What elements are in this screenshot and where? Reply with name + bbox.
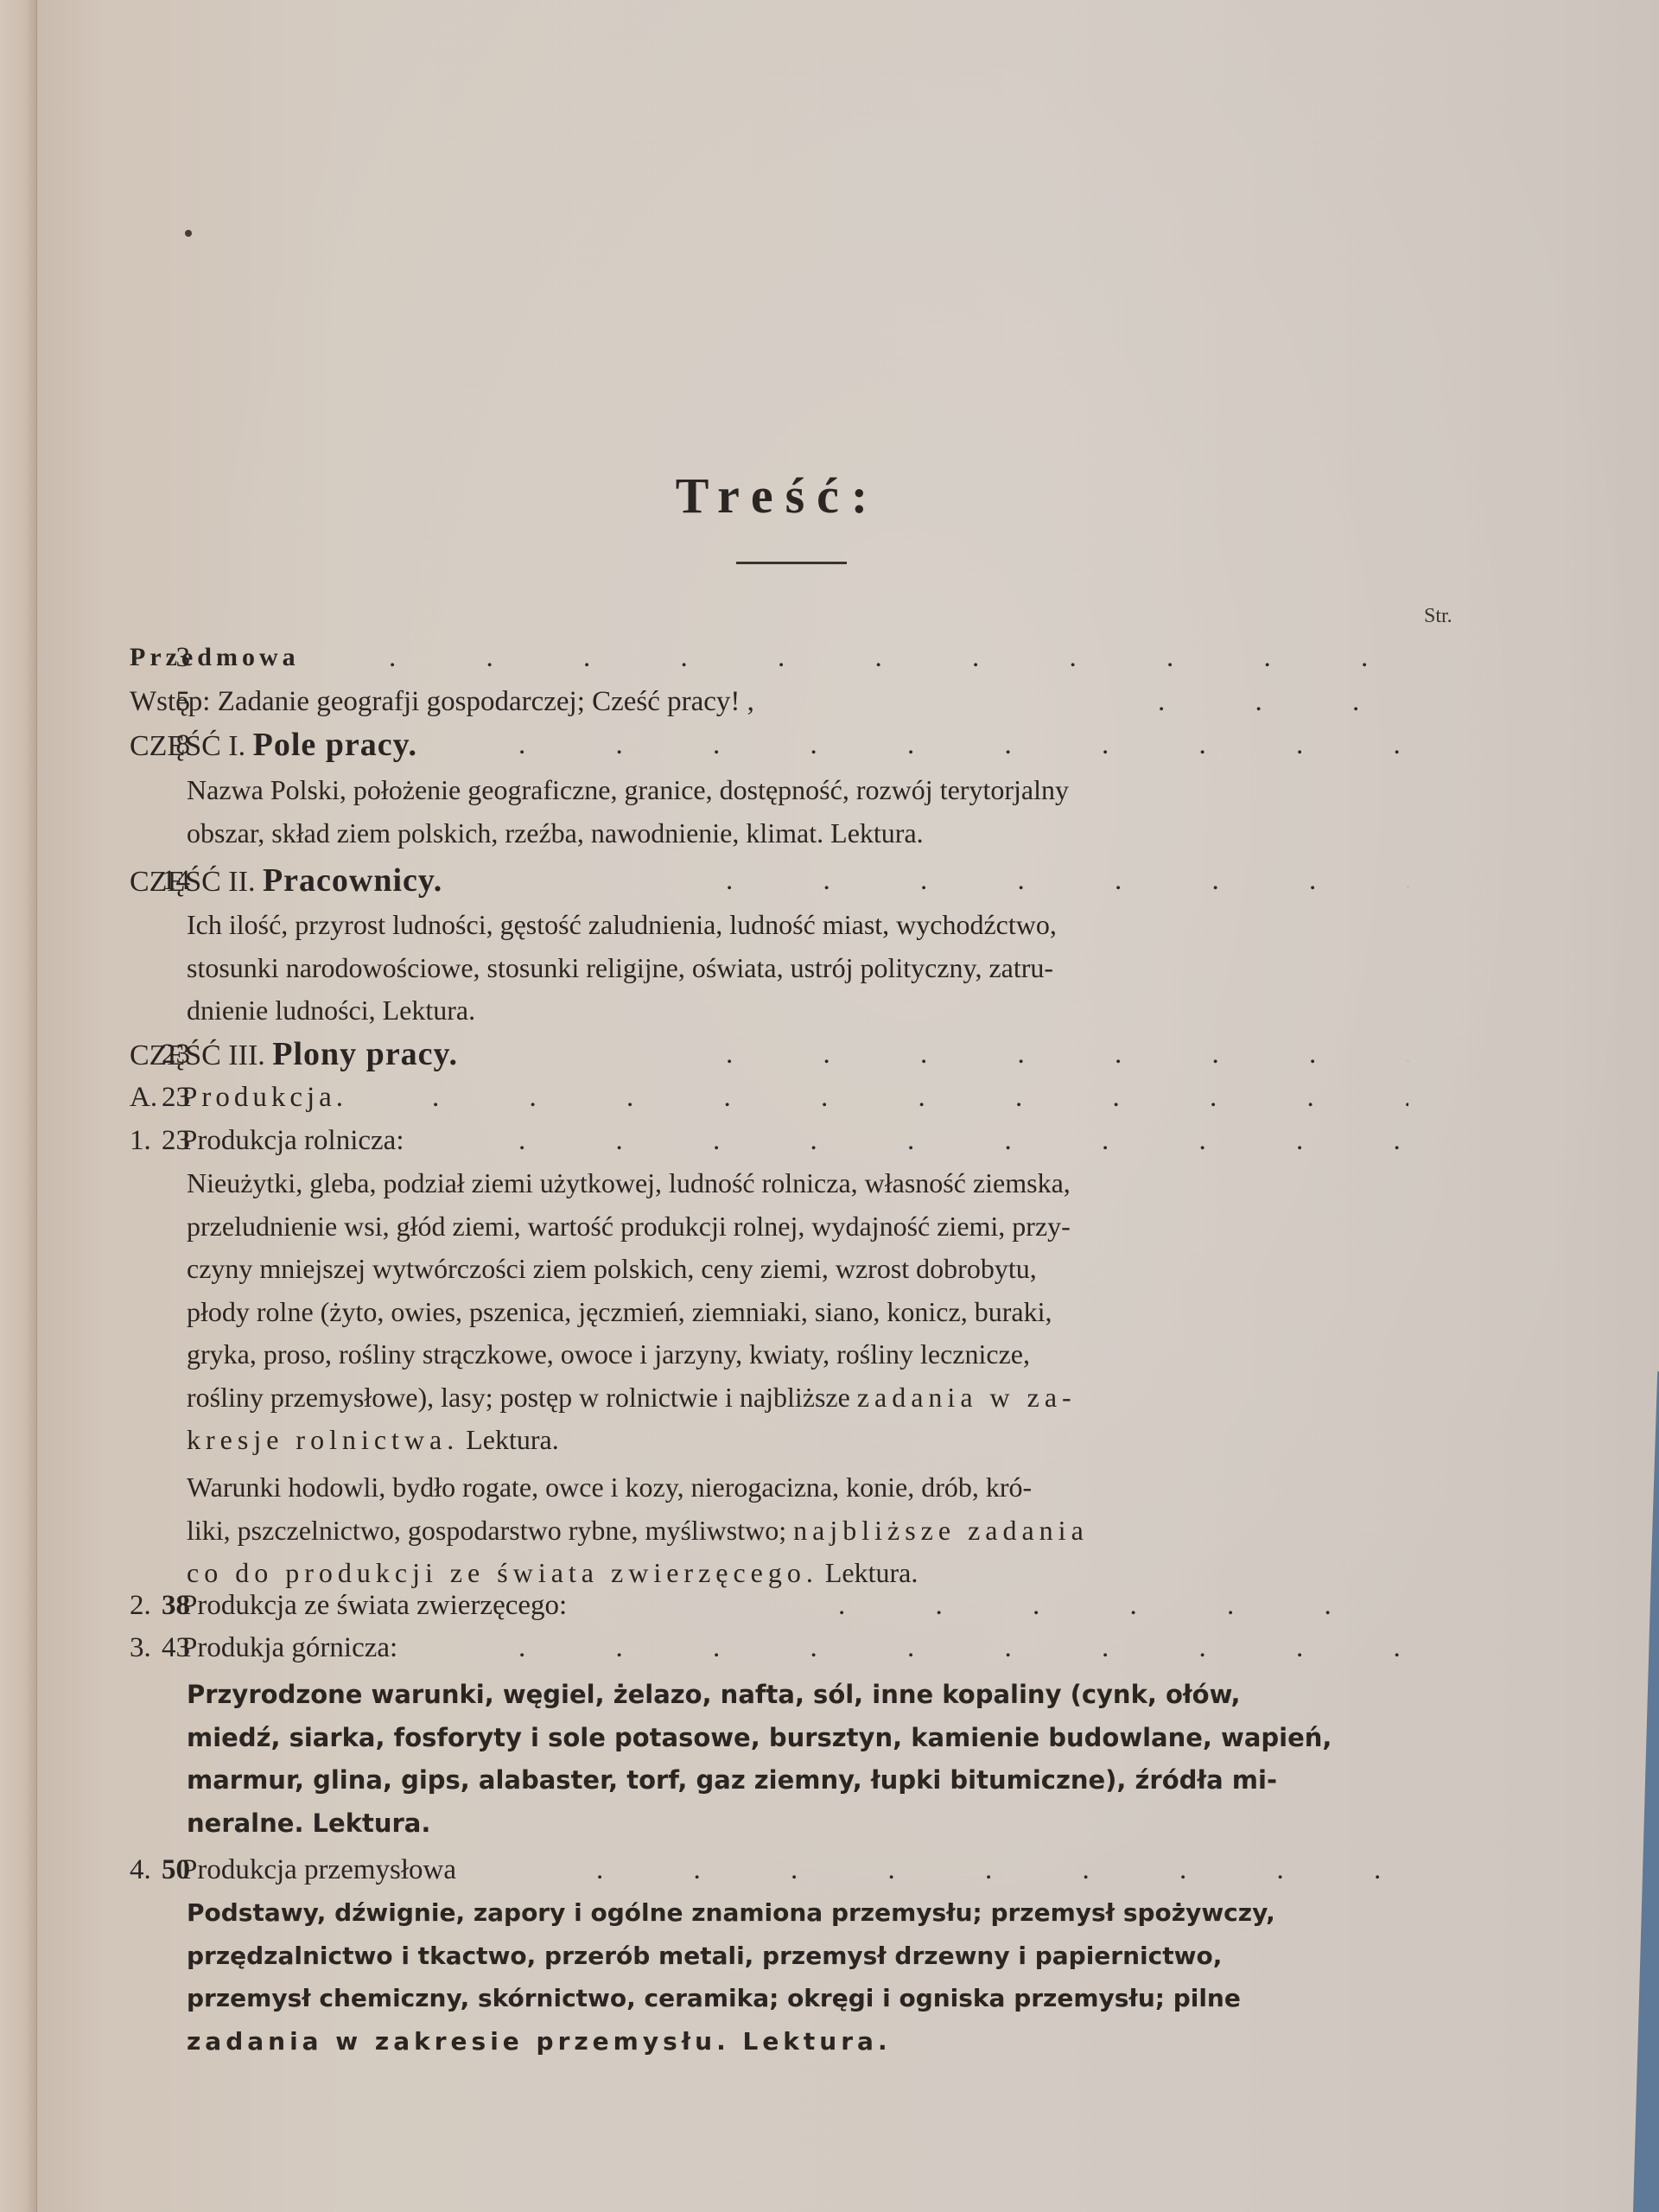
page-column-label: Str. [1424,605,1452,628]
description-line: miedź, siarka, fosforyty i sole potasowe… [187,1717,1405,1760]
dot-leader: . . . . . . . . . . . . . . . . . . . . … [518,724,1408,766]
description-line: neralne. Lektura. [187,1802,1405,1846]
entry-label: Produkcja rolnicza: [181,1120,404,1161]
description-line: rośliny przemysłowe), lasy; postęp w rol… [187,1376,1405,1420]
entry-description: Przyrodzone warunki, węgiel, żelazo, naf… [187,1674,1405,1845]
toc-entry-2[interactable]: 2. Produkcja ze świata zwierzęcego: . . … [130,1585,1478,1626]
description-line: obszar, skład ziem polskich, rzeźba, naw… [187,812,1405,855]
description-line: liki, pszczelnictwo, gospodarstwo rybne,… [187,1510,1405,1553]
part-title: Plony pracy. [272,1036,458,1072]
spaced-text: zadania w za- [857,1382,1077,1413]
description-line: dnienie ludności, Lektura. [187,989,1405,1033]
entry-page-number: 23 [130,1077,190,1118]
description-text: rośliny przemysłowe), lasy; postęp w rol… [187,1382,850,1413]
entry-description: Nazwa Polski, położenie geograficzne, gr… [187,769,1405,855]
description-line: Nazwa Polski, położenie geograficzne, gr… [187,769,1405,812]
description-line: przeludnienie wsi, głód ziemi, wartość p… [187,1205,1405,1249]
description-line: Ich ilość, przyrost ludności, gęstość za… [187,904,1405,947]
page-gutter-shadow [0,0,37,2212]
description-line: zadania w zakresie przemysłu. Lektura. [187,2020,1405,2063]
entry-page-number: 8 [130,724,190,766]
page-title: Treść: [0,467,1555,524]
description-line: kresje rolnictwa. Lektura. [187,1419,1405,1462]
toc-entry-4[interactable]: 4. Produkcja przemysłowa . . . . . . . .… [130,1849,1478,1891]
dot-leader: . . . . . . . . . . . . . . . . . . . . … [389,637,1408,678]
toc-entry-czesc-1[interactable]: CZĘŚĆ I. Pole pracy. . . . . . . . . . .… [130,724,1478,766]
dot-leader: . . . . . . . . . . . . . . . . . . . . … [726,1033,1408,1075]
title-divider [736,562,847,564]
entry-page-number: 23 [130,1033,190,1075]
dot-leader: . . . . . . . . . . . . . . . . . . . . … [1158,681,1408,722]
description-line: przemysł chemiczny, skórnictwo, ceramika… [187,1977,1405,2020]
toc-entry-1[interactable]: 1. Produkcja rolnicza: . . . . . . . . .… [130,1120,1478,1161]
entry-page-number: 3 [130,637,190,678]
dot-leader: . . . . . . . . . . . . . . . . . . . . … [432,1077,1408,1118]
dot-leader: . . . . . . . . . . . . . . . . . . . . … [838,1585,1408,1626]
background-blue-edge [1607,0,1659,2212]
toc-entry-3[interactable]: 3. Produkja górnicza: . . . . . . . . . … [130,1627,1478,1669]
spaced-text: kresje rolnictwa. [187,1424,459,1455]
dot-leader: . . . . . . . . . . . . . . . . . . . . … [518,1120,1408,1161]
entry-description: Ich ilość, przyrost ludności, gęstość za… [187,904,1405,1033]
description-line: przędzalnictwo i tkactwo, przerób metali… [187,1935,1405,1978]
paper-speck [185,230,192,237]
entry-label: Produkcja. [181,1077,347,1118]
description-line: gryka, proso, rośliny strączkowe, owoce … [187,1333,1405,1376]
entry-page-number: 43 [130,1627,190,1669]
toc-entry-a[interactable]: A. Produkcja. . . . . . . . . . . . . . … [130,1077,1478,1118]
entry-label: Produkja górnicza: [181,1627,397,1669]
entry-description-animals: Warunki hodowli, bydło rogate, owce i ko… [187,1466,1405,1595]
entry-page-number: 5 [130,681,190,722]
toc-entry-czesc-3[interactable]: CZĘŚĆ III. Plony pracy. . . . . . . . . … [130,1033,1478,1075]
description-line: marmur, glina, gips, alabaster, torf, ga… [187,1759,1405,1802]
entry-label: Produkcja ze świata zwierzęcego: [181,1585,567,1626]
entry-page-number: 23 [130,1120,190,1161]
part-title: Pole pracy. [253,727,417,763]
dot-leader: . . . . . . . . . . . . . . . . . . . . … [518,1627,1408,1669]
entry-description: Podstawy, dźwignie, zapory i ogólne znam… [187,1891,1405,2063]
description-line: Warunki hodowli, bydło rogate, owce i ko… [187,1466,1405,1510]
toc-entry-przedmowa[interactable]: Przedmowa . . . . . . . . . . . . . . . … [130,637,1478,678]
dot-leader: . . . . . . . . . . . . . . . . . . . . … [596,1849,1408,1891]
description-line: płody rolne (żyto, owies, pszenica, jęcz… [187,1291,1405,1334]
entry-page-number: 14 [130,860,190,901]
toc-entry-wstep[interactable]: Wstęp: Zadanie geografji gospodarczej; C… [130,681,1478,722]
entry-page-number: 50 [130,1849,190,1891]
entry-page-number: 38 [130,1585,190,1626]
description-line: Podstawy, dźwignie, zapory i ogólne znam… [187,1891,1405,1935]
entry-label: Wstęp: Zadanie geografji gospodarczej; C… [130,681,754,722]
description-line: czyny mniejszej wytwórczości ziem polski… [187,1248,1405,1291]
description-line: Przyrodzone warunki, węgiel, żelazo, naf… [187,1674,1405,1717]
entry-description: Nieużytki, gleba, podział ziemi użytkowe… [187,1162,1405,1462]
toc-entry-czesc-2[interactable]: CZĘŚĆ II. Pracownicy. . . . . . . . . . … [130,860,1478,901]
part-title: Pracownicy. [263,862,442,899]
book-page: Treść: Str. Przedmowa . . . . . . . . . … [0,0,1659,2212]
entry-label: Produkcja przemysłowa [181,1849,456,1891]
description-line: Nieużytki, gleba, podział ziemi użytkowe… [187,1162,1405,1205]
spaced-text: co do produkcji ze świata zwierzęcego. [187,1557,818,1588]
spaced-text: najbliższe zadania [793,1515,1089,1546]
description-line: stosunki narodowościowe, stosunki religi… [187,947,1405,990]
description-text: liki, pszczelnictwo, gospodarstwo rybne,… [187,1515,786,1546]
dot-leader: . . . . . . . . . . . . . . . . . . . . … [726,860,1408,901]
